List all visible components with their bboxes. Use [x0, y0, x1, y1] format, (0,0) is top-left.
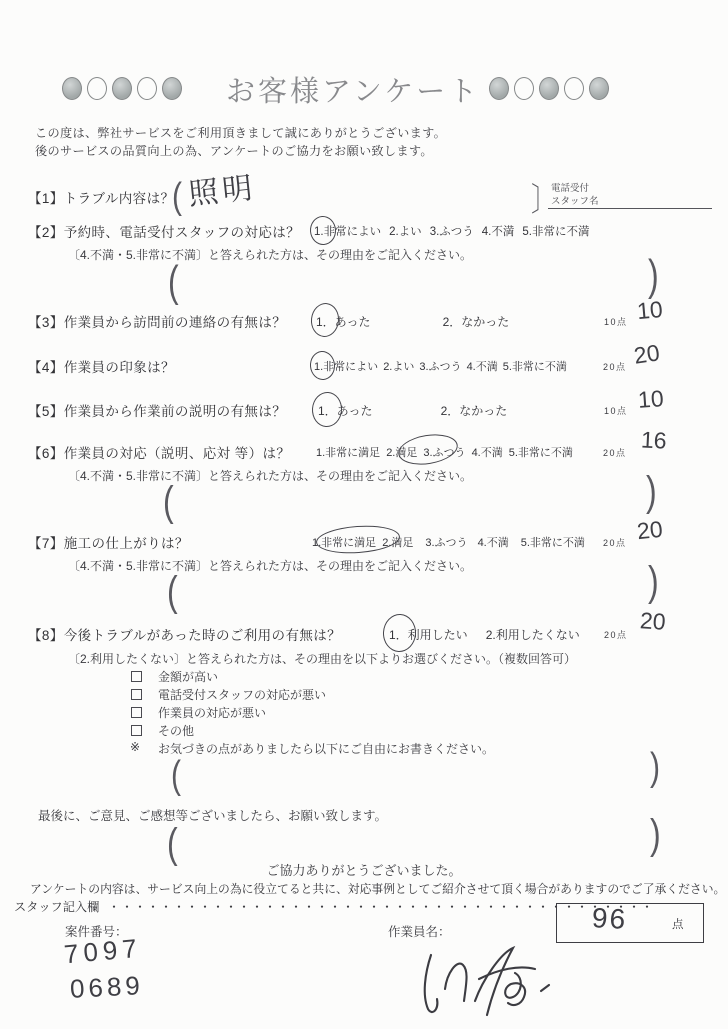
staff-entry-label: スタッフ記入欄 — [14, 898, 99, 915]
q4-selected-circle — [309, 350, 336, 381]
option: 3.ふつう — [419, 358, 461, 374]
q4-points-label: 20点 — [603, 360, 627, 373]
q6-points-label: 20点 — [603, 446, 627, 459]
kome-mark: ※ — [130, 740, 140, 754]
q5-points-label: 10点 — [604, 404, 628, 417]
question-7: 【7】施工の仕上がりは？ — [28, 532, 189, 552]
option: 5.非常に不満 — [521, 534, 585, 550]
q3-text: 作業員から訪問前の連絡の有無は？ — [64, 315, 286, 330]
outline-circle-icon — [87, 77, 107, 100]
q8-points-label: 20点 — [604, 628, 628, 641]
q5-number: 【5】 — [28, 404, 64, 419]
q1-number: 【1】 — [28, 191, 64, 206]
q3-options: 1．あった2．なかった — [316, 313, 509, 330]
decor-circles-right — [489, 77, 614, 100]
filled-circle-icon — [62, 77, 82, 100]
q5-score-handwriting: 10 — [637, 385, 664, 414]
q1-answer-handwriting: 照明 — [186, 163, 258, 214]
option: 4.不満 — [472, 444, 503, 460]
option: 2．なかった — [441, 402, 508, 419]
checkbox-label: その他 — [158, 722, 194, 739]
question-8: 【8】今後トラブルがあった時のご利用の有無は？ — [28, 624, 341, 644]
option: 5.非常に不満 — [522, 223, 589, 239]
question-4: 【4】作業員の印象は？ — [28, 356, 175, 376]
decor-circles-left — [62, 77, 187, 100]
checkbox-phone-staff-bad — [131, 689, 142, 700]
filled-circle-icon — [162, 77, 182, 100]
final-writein-bracket-close: ) — [650, 811, 661, 859]
q2-options: 1.非常によい2.よい3.ふつう4.不満5.非常に不満 — [314, 223, 589, 239]
q5-selected-circle — [311, 391, 343, 428]
intro-line-2: 後のサービスの品質向上の為、アンケートのご協力をお願い致します。 — [35, 142, 433, 159]
q2-writein-bracket-open: ( — [168, 257, 179, 307]
q8-number: 【8】 — [28, 628, 64, 643]
option: 5.非常に不満 — [503, 358, 567, 374]
q2-number: 【2】 — [28, 225, 64, 240]
case-number-handwriting-2: 0689 — [69, 970, 144, 1005]
option: 4.不満 — [482, 223, 515, 239]
phone-staff-label-line1: 電話受付 — [551, 180, 589, 194]
thanks-message: ご協力ありがとうございました。 — [0, 860, 728, 879]
q2-text: 予約時、電話受付スタッフの対応は？ — [64, 225, 300, 240]
outline-circle-icon — [564, 77, 584, 100]
filled-circle-icon — [112, 77, 132, 100]
q2-note: 〔4.不満・5.非常に不満〕と答えられた方は、その理由をご記入ください。 — [68, 246, 472, 263]
question-6: 【6】作業員の対応（説明、応対 等）は？ — [28, 442, 290, 462]
checkbox-other — [131, 725, 142, 736]
worker-signature-handwriting — [415, 935, 575, 1025]
q5-text: 作業員から作業前の説明の有無は？ — [64, 404, 286, 419]
q8-options: 1．利用したい2.利用したくない — [389, 626, 580, 643]
question-3: 【3】作業員から訪問前の連絡の有無は？ — [28, 311, 286, 331]
q4-score-handwriting: 20 — [632, 339, 661, 369]
case-number-handwriting-1: 7097 — [63, 933, 143, 971]
checkbox-label: 作業員の対応が悪い — [158, 704, 266, 721]
checkbox-label: 金額が高い — [158, 668, 218, 685]
q6-note: 〔4.不満・5.非常に不満〕と答えられた方は、その理由をご記入ください。 — [68, 467, 472, 484]
option: 3.ふつう — [430, 223, 474, 239]
q8-selected-circle — [382, 613, 417, 653]
q7-note: 〔4.不満・5.非常に不満〕と答えられた方は、その理由をご記入ください。 — [68, 557, 472, 574]
q8-writein-bracket-open: ( — [171, 754, 181, 798]
q4-number: 【4】 — [28, 360, 64, 375]
q1-text: トラブル内容は？ — [64, 191, 175, 206]
option: 3.ふつう — [425, 534, 467, 550]
intro-line-1: この度は、弊社サービスをご利用頂きまして誠にありがとうございます。 — [35, 124, 446, 141]
q6-selected-circle — [396, 430, 460, 468]
option: 2.よい — [383, 358, 414, 374]
q7-writein-bracket-close: ) — [648, 558, 659, 606]
survey-scan-page: お客様アンケート この度は、弊社サービスをご利用頂きまして誠にありがとうございま… — [0, 0, 728, 1029]
q7-text: 施工の仕上がりは？ — [64, 536, 189, 551]
q5-options: 1．あった2．なかった — [318, 402, 507, 419]
q3-points-label: 10点 — [604, 315, 628, 328]
option: 5.非常に不満 — [509, 444, 573, 460]
q8-note: 〔2.利用したくない〕と答えられた方は、その理由を以下よりお選びください。（複数… — [68, 650, 576, 667]
option: 2．なかった — [443, 313, 510, 330]
q4-text: 作業員の印象は？ — [64, 360, 175, 375]
q1-answer-bracket-open: ( — [172, 176, 182, 219]
q2-selected-circle — [309, 215, 337, 246]
q7-writein-bracket-open: ( — [167, 568, 178, 616]
q3-selected-circle — [309, 302, 340, 339]
q3-number: 【3】 — [28, 315, 64, 330]
filled-circle-icon — [539, 77, 559, 100]
option: 2.よい — [389, 223, 422, 239]
checkbox-worker-bad — [131, 707, 142, 718]
question-1: 【1】トラブル内容は？ — [28, 187, 174, 207]
final-comment-label: 最後に、ご意見、ご感想等ございましたら、お願い致します。 — [38, 806, 387, 824]
question-5: 【5】作業員から作業前の説明の有無は？ — [28, 400, 286, 420]
option: 1.非常に満足 — [316, 444, 380, 460]
q3-score-handwriting: 10 — [636, 296, 664, 325]
q6-text: 作業員の対応（説明、応対 等）は？ — [64, 446, 291, 461]
q8-free-note: お気づきの点がありましたら以下にご自由にお書きください。 — [158, 740, 494, 757]
total-score-handwriting: 96 — [591, 902, 628, 936]
q6-writein-bracket-close: ) — [646, 468, 657, 516]
q8-writein-bracket-close: ) — [650, 746, 660, 790]
question-2: 【2】予約時、電話受付スタッフの対応は？ — [28, 221, 300, 241]
q8-text: 今後トラブルがあった時のご利用の有無は？ — [64, 628, 341, 643]
option: 2.利用したくない — [486, 626, 580, 643]
option: 4.不満 — [467, 358, 498, 374]
filled-circle-icon — [589, 77, 609, 100]
q2-writein-bracket-close: ) — [648, 251, 659, 301]
q4-options: 1.非常によい2.よい3.ふつう4.不満5.非常に不満 — [314, 358, 567, 374]
q6-writein-bracket-open: ( — [163, 478, 174, 526]
outline-circle-icon — [514, 77, 534, 100]
q7-score-handwriting: 20 — [636, 516, 664, 546]
score-unit-label: 点 — [672, 916, 684, 932]
option: 4.不満 — [478, 534, 509, 550]
disclaimer: アンケートの内容は、サービス向上の為に役立てると共に、対応事例としてご紹介させて… — [30, 880, 725, 897]
filled-circle-icon — [489, 77, 509, 100]
checkbox-price-high — [131, 671, 142, 682]
page-title: お客様アンケート — [226, 69, 480, 110]
q6-number: 【6】 — [28, 446, 64, 461]
outline-circle-icon — [137, 77, 157, 100]
q6-score-handwriting: 16 — [640, 426, 667, 454]
q7-number: 【7】 — [28, 536, 64, 551]
checkbox-label: 電話受付スタッフの対応が悪い — [158, 686, 326, 703]
q7-selected-circle — [315, 523, 401, 556]
phone-staff-name-field — [548, 196, 712, 209]
q7-points-label: 20点 — [603, 536, 627, 549]
q8-score-handwriting: 20 — [639, 607, 666, 636]
